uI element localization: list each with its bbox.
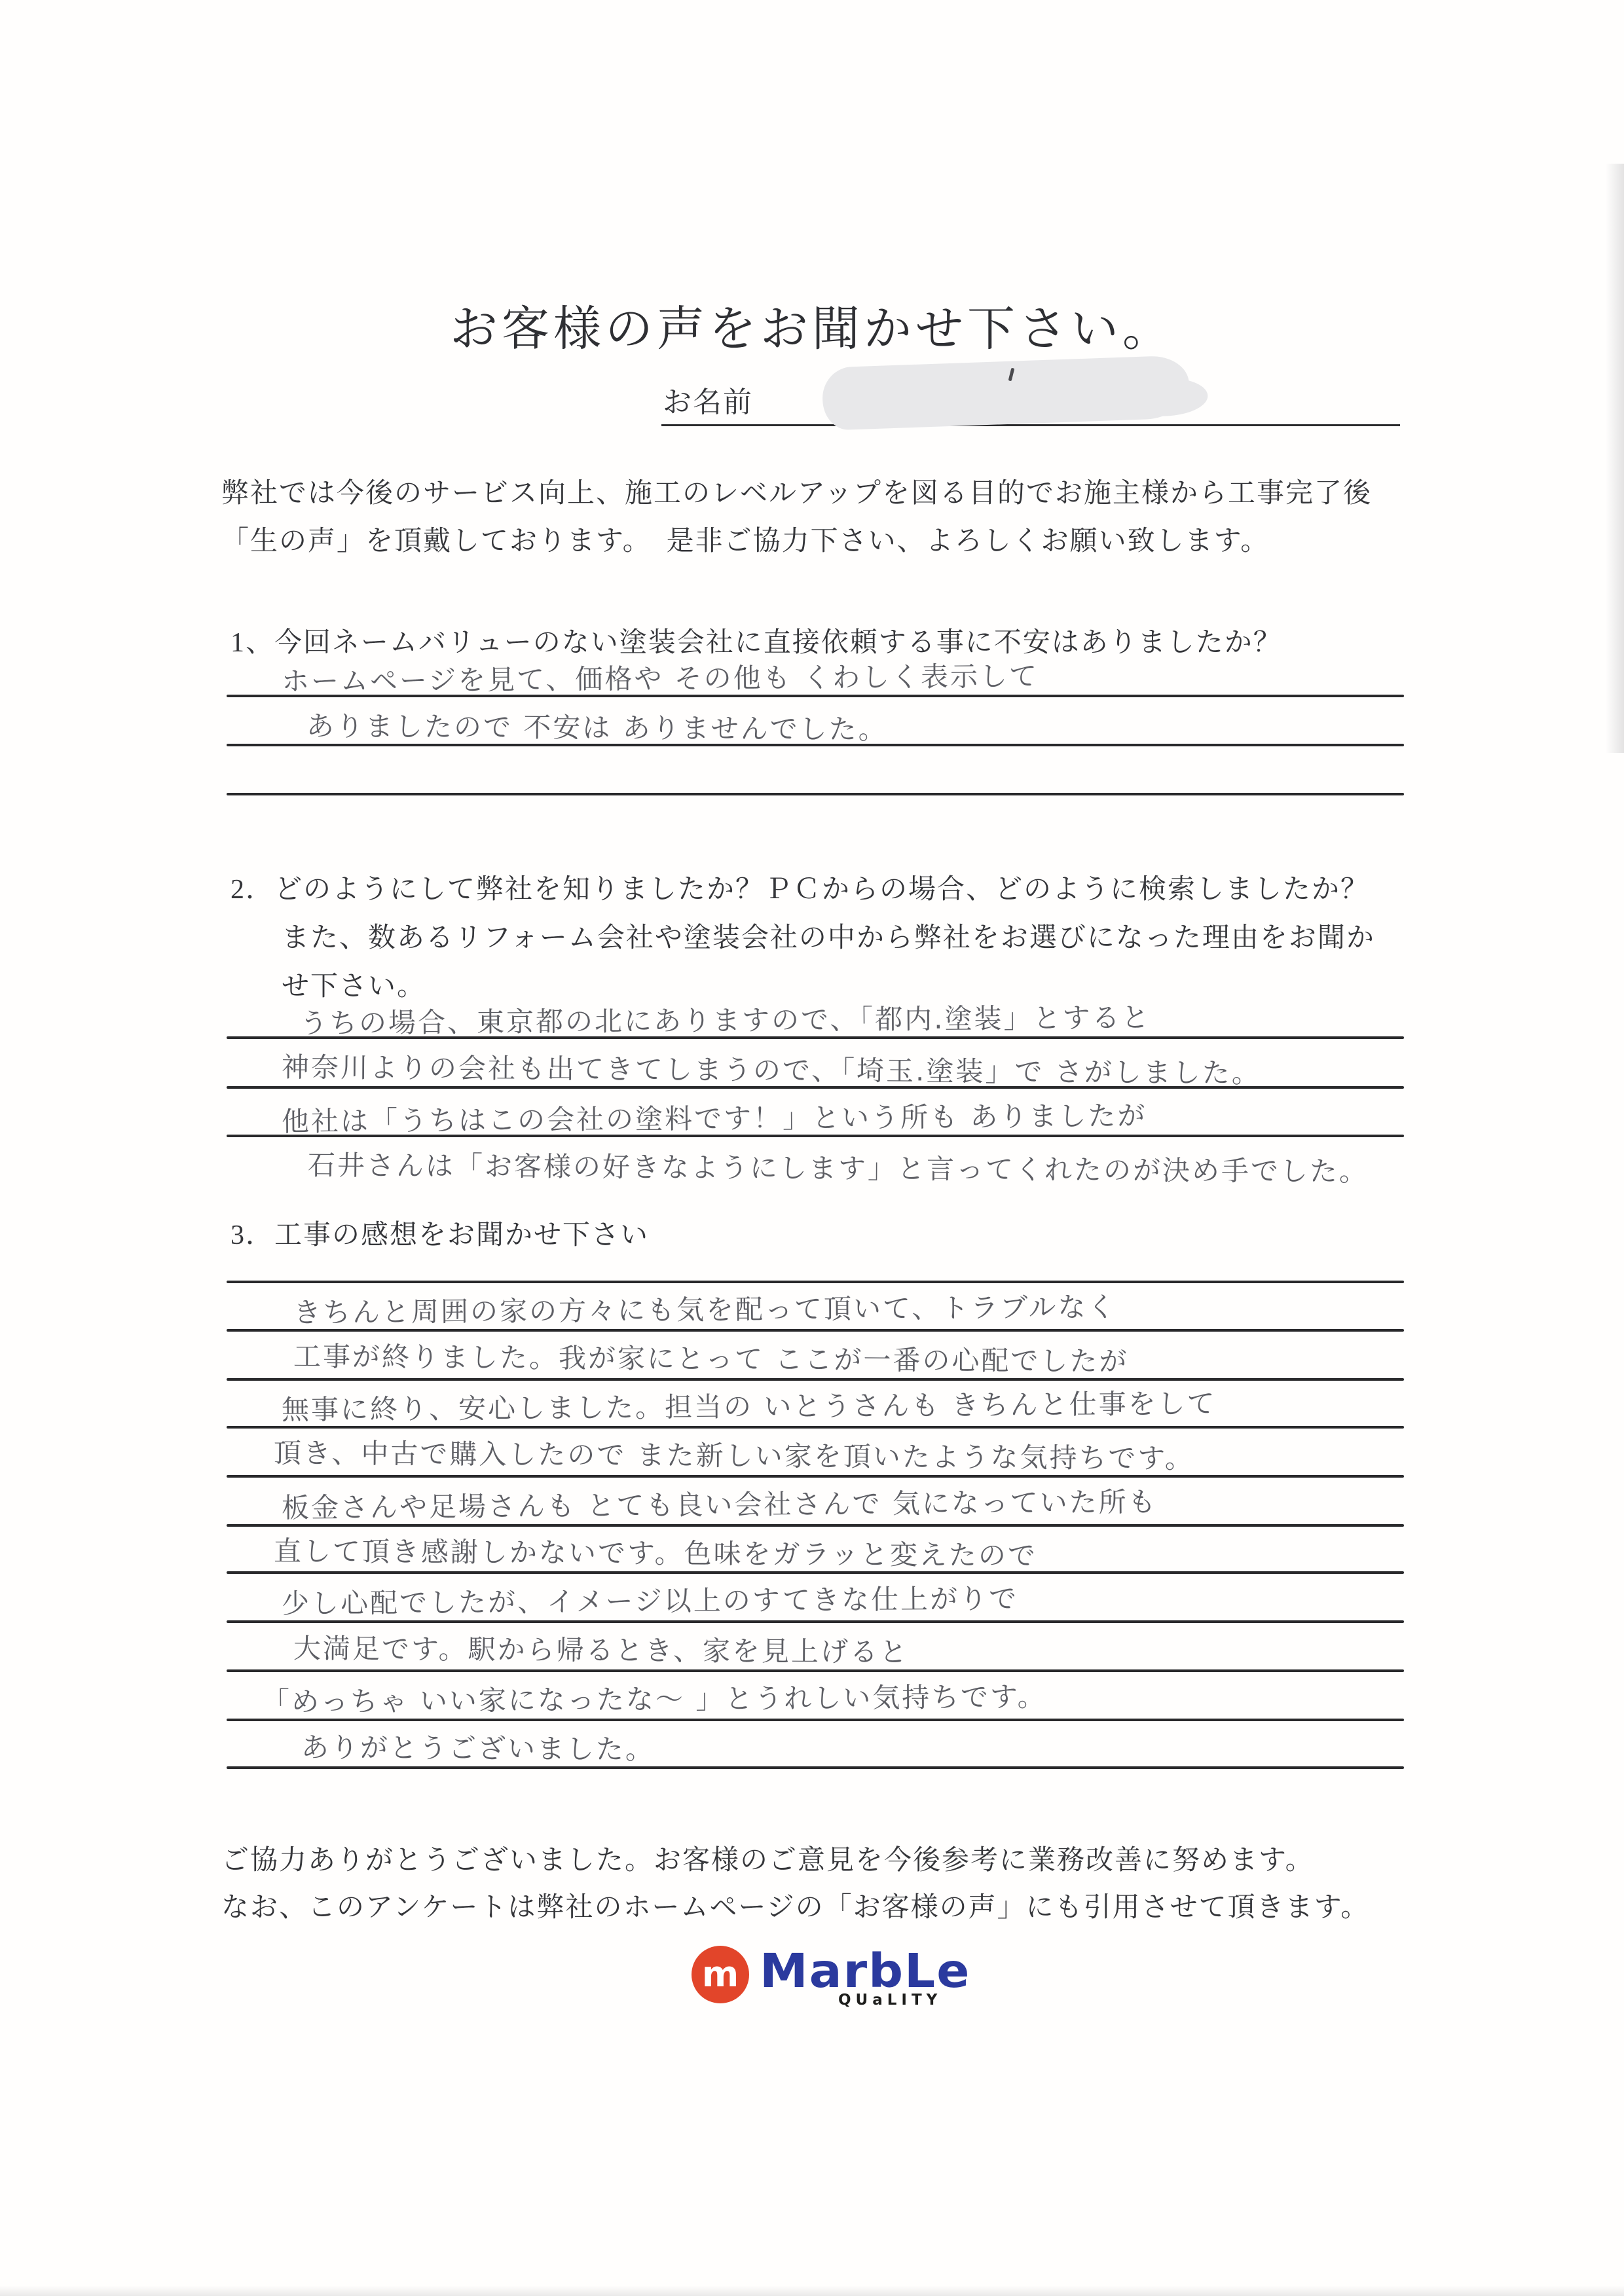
q2-answer-line: うちの場合、東京都の北にありますので、「都内.塗装」とすると (300, 996, 1151, 1041)
intro-line: 「生の声」を頂戴しております。 是非ご協力下さい、よろしくお願い致します。 (221, 519, 1269, 558)
company-logo: m MarbLe QUaLITY (692, 1946, 970, 2009)
logo-mark-icon: m (692, 1946, 749, 2003)
ruled-line (227, 1669, 1404, 1672)
page-title: お客様の声をお聞かせ下さい。 (0, 290, 1624, 359)
footer-note-line: ご協力ありがとうございました。お客様のご意見を今後参考に業務改善に努めます。 (221, 1838, 1314, 1878)
ruled-line (227, 793, 1404, 795)
footer-note-line: なお、このアンケートは弊社のホームページの「お客様の声」にも引用させて頂きます。 (221, 1886, 1369, 1925)
question-1-label: 1、今回ネームバリューのない塗装会社に直接依頼する事に不安はありましたか？ (231, 621, 1282, 660)
q1-answer-line: ありましたので 不安は ありませんでした。 (306, 704, 888, 747)
q2-answer-line: 石井さんは「お客様の好きなようにします」と言ってくれたのが決め手でした。 (308, 1144, 1369, 1190)
q3-answer-line: 無事に終り、安心しました。担当の いとうさんも きちんと仕事をして (282, 1382, 1217, 1428)
logo-brand-text: MarbLe (760, 1947, 970, 1996)
q3-answer-line: ありがとうございました。 (301, 1726, 655, 1767)
logo-text-block: MarbLe QUaLITY (760, 1946, 970, 2009)
scan-edge-shadow (0, 2286, 1624, 2296)
logo-mark-letter: m (702, 1957, 739, 1992)
q3-answer-line: 少し心配でしたが、イメージ以上のすてきな仕上がりで (282, 1577, 1018, 1622)
q2-answer-line: 他社は「うちはこの会社の塗料です！」という所も ありましたが (282, 1094, 1147, 1139)
q1-answer-line: ホームページを見て、価格や その他も くわしく表示して (282, 655, 1039, 699)
ruled-line (227, 1766, 1404, 1769)
intro-line: 弊社では今後のサービス向上、施工のレベルアップを図る目的でお施主様から工事完了後 (221, 471, 1372, 511)
name-redaction-blob (821, 355, 1190, 430)
scan-edge-shadow (1606, 164, 1624, 753)
q3-answer-line: 板金さんや足場さんも とても良い会社さんで 気になっていた所も (282, 1480, 1158, 1525)
question-2-label: せ下さい。 (282, 964, 426, 1004)
question-3-label: 3．工事の感想をお聞かせ下さい (231, 1213, 649, 1252)
ruled-line (227, 1378, 1404, 1381)
name-underline (661, 424, 1400, 426)
q3-answer-line: 直して頂き感謝しかないです。色味をガラッと変えたので (274, 1529, 1037, 1573)
q3-answer-line: 工事が終りました。我が家にとって ここが一番の心配でしたが (293, 1335, 1129, 1379)
question-2-label: 2．どのようにして弊社を知りましたか？ＰＣからの場合、どのように検索しましたか？ (231, 867, 1369, 907)
q3-answer-line: 「めっちゃ いい家になったな〜 」とうれしい気持ちです。 (262, 1675, 1047, 1720)
q3-answer-line: きちんと周囲の家の方々にも気を配って頂いて、トラブルなく (293, 1286, 1117, 1331)
survey-page: お客様の声をお聞かせ下さい。 お名前 弊社では今後のサービス向上、施工のレベルア… (0, 0, 1624, 2296)
name-label: お名前 (663, 378, 753, 420)
q3-answer-line: 頂き、中古で購入したので また新しい家を頂いたような気持ちです。 (274, 1432, 1194, 1477)
ruled-line (227, 1475, 1404, 1478)
ruled-line (227, 1281, 1404, 1283)
question-2-label: また、数あるリフォーム会社や塗装会社の中から弊社をお選びになった理由をお聞か (282, 916, 1375, 955)
q2-answer-line: 神奈川よりの会社も出てきてしまうので、「埼玉.塗装」で さがしました。 (282, 1046, 1261, 1091)
q3-answer-line: 大満足です。駅から帰るとき、家を見上げると (293, 1627, 909, 1670)
